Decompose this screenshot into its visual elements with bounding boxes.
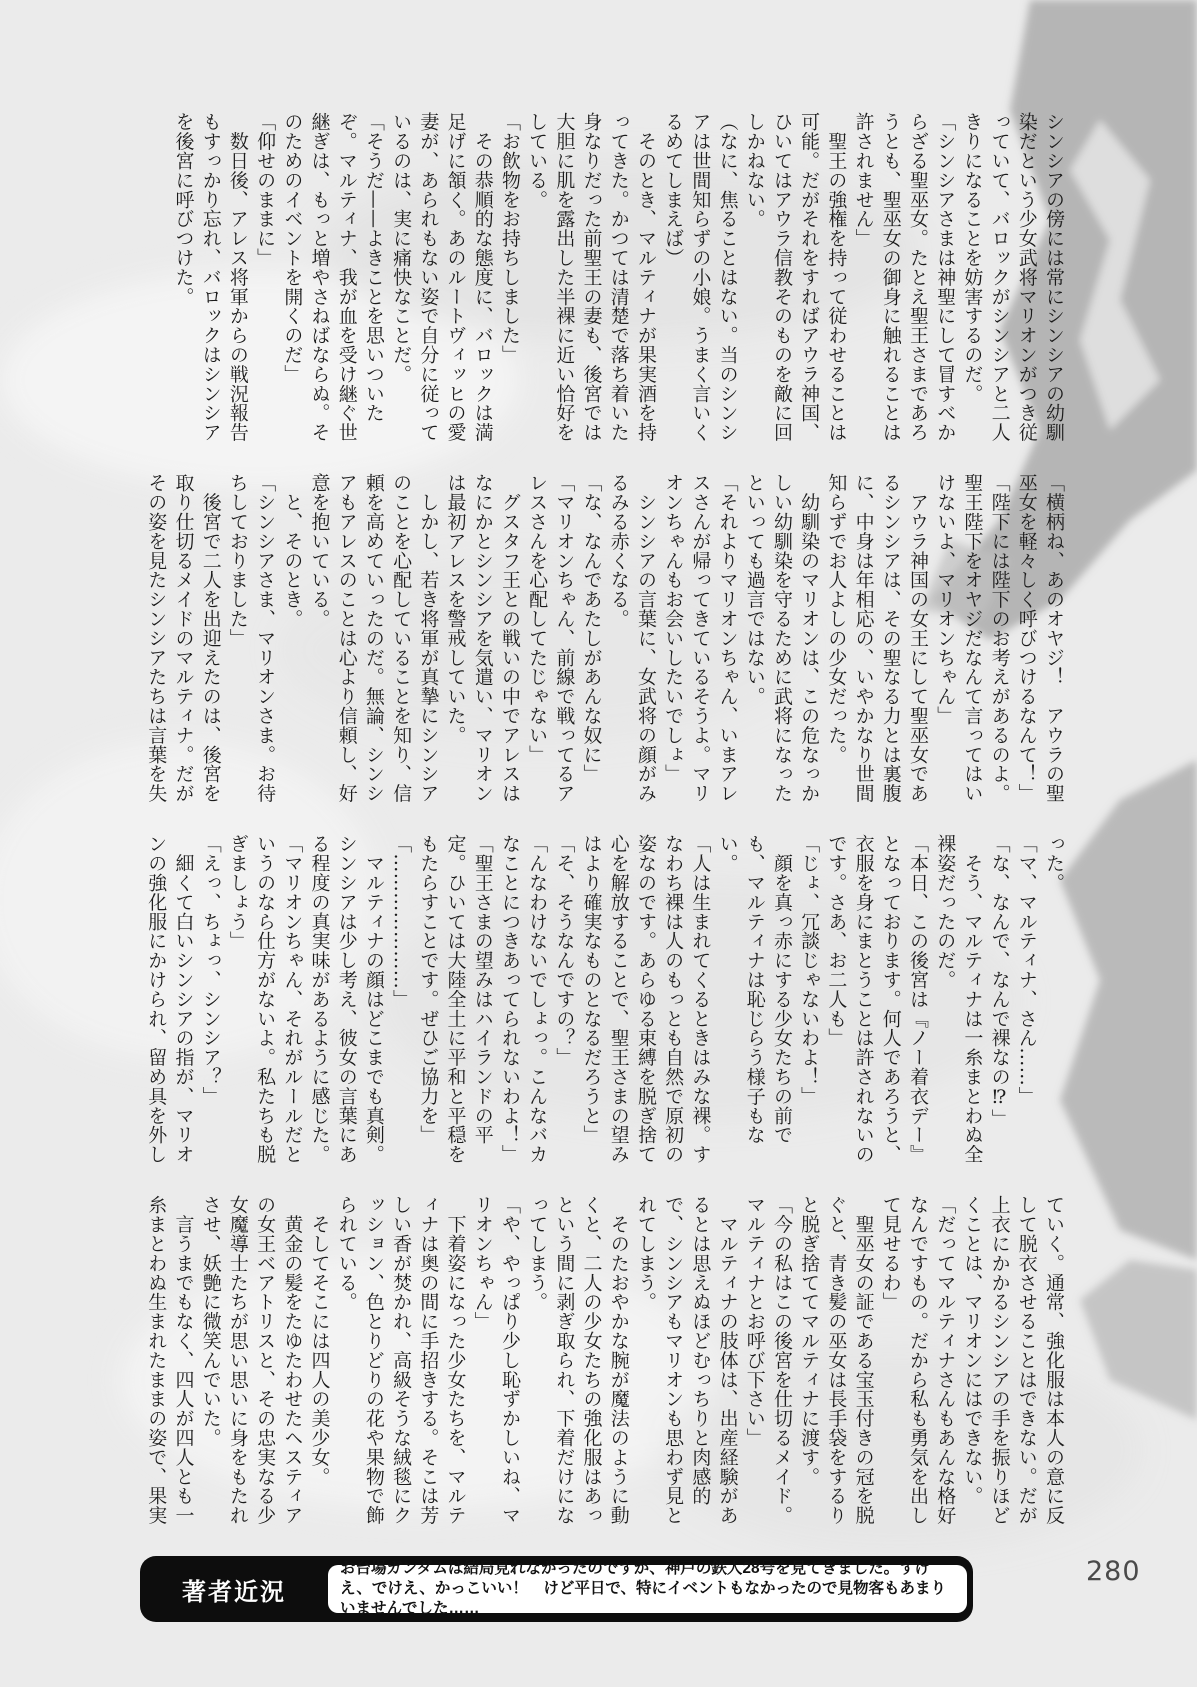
paragraph: 「や、やっぱり少し恥ずかしいね、マリオンちゃん」 xyxy=(469,1195,523,1543)
paragraph: 「マリオンちゃん、前線で戦ってるアレスさんを心配してたじゃない」 xyxy=(523,473,577,821)
paragraph: 聖巫女の証である宝玉付きの冠を脱ぐと、青き髪の巫女は長手袋をするりと脱ぎ捨ててマ… xyxy=(795,1195,877,1543)
paragraph: そのたおやかな腕が魔法のように動くと、二人の少女たちの強化服はあっという間に剥ぎ… xyxy=(523,1195,632,1543)
paragraph: 「な、なんであたしがあんな奴に」 xyxy=(577,473,604,821)
paragraph: シンシアの言葉に、女武将の顔がみるみる赤くなる。 xyxy=(605,473,659,821)
paragraph: 「シンシアさまは神聖にして冒すべからざる聖巫女。たとえ聖王さまであろうとも、聖巫… xyxy=(849,112,958,460)
paragraph: マルティナの肢体は、出産経験があるとは思えぬほどむっちりと肉感的で、シンシアもマ… xyxy=(632,1195,741,1543)
paragraph: 「横柄ね、あのオヤジ！ アウラの聖巫女を軽々しく呼びつけるなんて！」 xyxy=(1013,473,1067,821)
text-band-2: 「横柄ね、あのオヤジ！ アウラの聖巫女を軽々しく呼びつけるなんて！」「陛下には陛… xyxy=(133,473,1067,821)
paragraph: 幼馴染のマリオンは、この危なっかしい幼馴染を守るために武将になったといっても過言… xyxy=(741,473,823,821)
paragraph: その恭順的な態度に、バロックは満足げに頷く。あのルートヴィッヒの愛妻が、あられも… xyxy=(387,112,496,460)
paragraph: 「今の私はこの後宮を仕切るメイド。マルティナとお呼び下さい」 xyxy=(741,1195,795,1543)
paragraph: 「そ、そうなんですの？」 xyxy=(550,834,577,1182)
paragraph: シンシアの傍には常にシンシアの幼馴染だという少女武将マリオンがつき従っていて、バ… xyxy=(958,112,1067,460)
paragraph: 「シンシアさま、マリオンさま。お待ちしておりました」 xyxy=(224,473,278,821)
paragraph: 「な、なんで、なんで裸なの⁉」 xyxy=(985,834,1012,1182)
paragraph: 後宮で二人を出迎えたのは、後宮を取り仕切るメイドのマルティナ。だがその姿を見たシ… xyxy=(142,473,224,821)
paragraph: しかし、若き将軍が真摯にシンシアのことを心配していることを知り、信頼を高めていっ… xyxy=(305,473,441,821)
paragraph: 「それよりマリオンちゃん、いまアレスさんが帰ってきているそうよ。マリオンちゃんも… xyxy=(659,473,741,821)
author-note-text: お台場ガンダムは結局見れなかったのですが、神戸の鉄人28号を見てきました。すげえ… xyxy=(340,1559,955,1619)
text-band-4: ていく。通常、強化服は本人の意に反して脱衣させることはできない。だが上衣にかかる… xyxy=(133,1195,1067,1543)
paragraph: 「陛下には陛下のお考えがあるのよ。聖王陛下をオヤジだなんて言ってはいけないよ、マ… xyxy=(931,473,1013,821)
paragraph: 「えっ、ちょっ、シンシア？」 xyxy=(197,834,224,1182)
paragraph: 顔を真っ赤にする少女たちの前でも、マルティナは恥じらう様子もない。 xyxy=(713,834,795,1182)
text-band-3: った。「マ、マルティナ、さん……」「な、なんで、なんで裸なの⁉」 そう、マルティ… xyxy=(133,834,1067,1182)
author-note-label: 著者近況 xyxy=(140,1572,328,1607)
paragraph: マルティナの顔はどこまでも真剣。シンシアは少し考え、彼女の言葉にある程度の真実味… xyxy=(305,834,387,1182)
paragraph: そしてそこには四人の美少女。 xyxy=(305,1195,332,1543)
paragraph: 数日後、アレス将軍からの戦況報告もすっかり忘れ、バロックはシンシアを後宮に呼びつ… xyxy=(169,112,251,460)
paragraph: った。 xyxy=(1040,834,1067,1182)
paragraph: 「だってマルティナさんもあんな格好なんですもの。だから私も勇気を出して見せるわ」 xyxy=(877,1195,959,1543)
paragraph: ていく。通常、強化服は本人の意に反して脱衣させることはできない。だが上衣にかかる… xyxy=(958,1195,1067,1543)
paragraph: グスタフ王との戦いの中でアレスはなにかとシンシアを気遣い、マリオンは最初アレスを… xyxy=(441,473,523,821)
author-note-bar: 著者近況 お台場ガンダムは結局見れなかったのですが、神戸の鉄人28号を見てきまし… xyxy=(140,1556,973,1622)
paragraph: 「聖王さまの望みはハイランドの平定。ひいては大陸全土に平和と平穏をもたらすことで… xyxy=(414,834,496,1182)
paragraph: 「んなわけないでしょっ。こんなバカなことにつきあってられないわよ！」 xyxy=(496,834,550,1182)
author-note-panel: お台場ガンダムは結局見れなかったのですが、神戸の鉄人28号を見てきました。すげえ… xyxy=(328,1565,967,1613)
paragraph: 「マ、マルティナ、さん……」 xyxy=(1013,834,1040,1182)
paragraph: 下着姿になった少女たちを、マルティナは奥の間に手招きする。そこは芳しい香が焚かれ… xyxy=(333,1195,469,1543)
novel-page: シンシアの傍には常にシンシアの幼馴染だという少女武将マリオンがつき従っていて、バ… xyxy=(0,0,1197,1687)
paragraph: 「人は生まれてくるときはみな裸。すなわち裸は人のもっとも自然で原初の姿なのです。… xyxy=(577,834,713,1182)
paragraph: そう、マルティナは一糸まとわぬ全裸姿だったのだ。 xyxy=(931,834,985,1182)
paragraph: そのとき、マルティナが果実酒を持ってきた。かつては清楚で落ち着いた身なりだった前… xyxy=(523,112,659,460)
paragraph: 「本日、この後宮は『ノー着衣デー』となっております。何人であろうと、衣服を身にま… xyxy=(822,834,931,1182)
paragraph: 「じょ、冗談じゃないわよ！」 xyxy=(795,834,822,1182)
paragraph: 「…………………」 xyxy=(387,834,414,1182)
paragraph: 黄金の髪をたゆたわせたヘスティアの女王ベアトリスと、その忠実なる少女魔導士たちが… xyxy=(197,1195,306,1543)
text-band-1: シンシアの傍には常にシンシアの幼馴染だという少女武将マリオンがつき従っていて、バ… xyxy=(133,112,1067,460)
paragraph: （なに、焦ることはない。当のシンシアは世間知らずの小娘。うまく言いくるめてしまえ… xyxy=(659,112,741,460)
paragraph: 聖王の強権を持って従わせることは可能。だがそれをすればアウラ神国、ひいてはアウラ… xyxy=(741,112,850,460)
paragraph: と、そのとき。 xyxy=(278,473,305,821)
paragraph: 「お飲物をお持ちしました」 xyxy=(496,112,523,460)
page-number: 280 xyxy=(1086,1556,1141,1587)
paragraph: 言うまでもなく、四人が四人とも一糸まとわぬ生まれたままの姿で、果実 xyxy=(142,1195,196,1543)
paragraph: 細くて白いシンシアの指が、マリオンの強化服にかけられ、留め具を外し xyxy=(142,834,196,1182)
paragraph: 「仰せのままに」 xyxy=(251,112,278,460)
paragraph: アウラ神国の女王にして聖巫女であるシンシアは、その聖なる力とは裏腹に、中身は年相… xyxy=(822,473,931,821)
paragraph: 「マリオンちゃん、それがルールだというのなら仕方がないよ。私たちも脱ぎましょう」 xyxy=(224,834,306,1182)
paragraph: 「そうだ——よきことを思いついたぞ。マルティナ、我が血を受け継ぐ世継ぎは、もっと… xyxy=(278,112,387,460)
